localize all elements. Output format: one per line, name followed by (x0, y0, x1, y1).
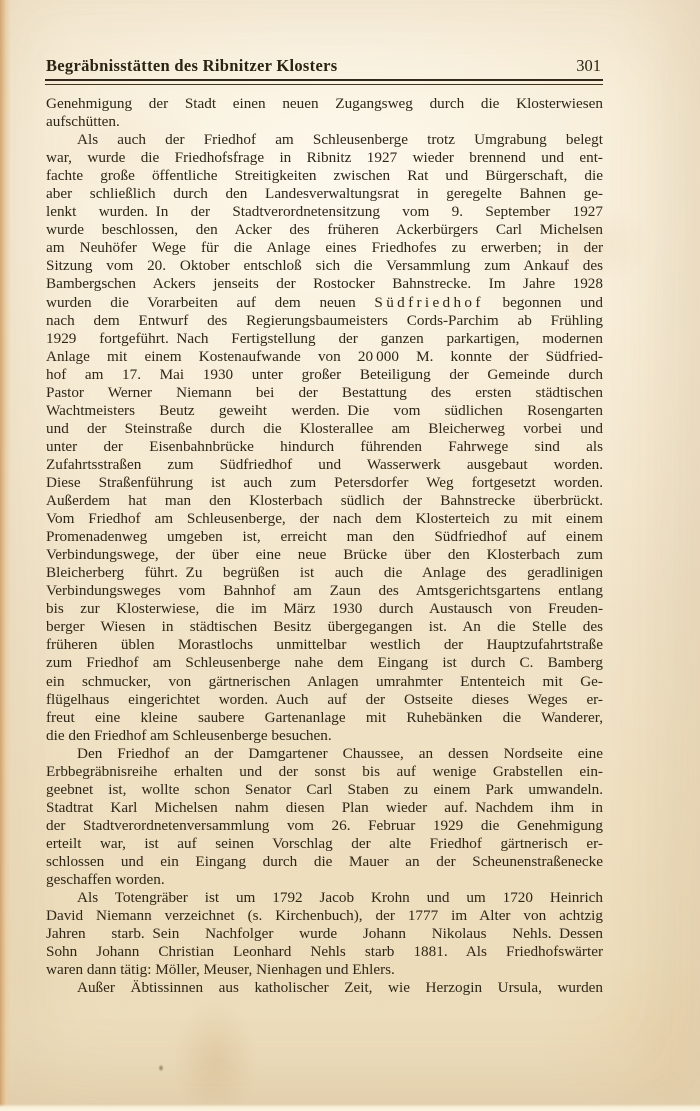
paragraph: Genehmigung der Stadt einen neuen Zugang… (46, 95, 603, 131)
text-line: berger Wiesen in städtischen Besitz über… (46, 618, 603, 636)
text-line: Sitzung vom 20. Oktober entschloß sich d… (46, 257, 603, 275)
text-segment: wurden die Vorarbeiten auf dem neuen (46, 294, 374, 311)
text-line: Promenadenweg umgeben ist, erreicht man … (46, 528, 603, 546)
text-line: hof am 17. Mai 1930 unter großer Beteili… (46, 366, 603, 384)
text-column: Genehmigung der Stadt einen neuen Zugang… (46, 95, 603, 997)
text-line: Verbindungsweges vom Bahnhof am Zaun des… (46, 582, 603, 600)
text-line: Verbindungswege, der über eine neue Brüc… (46, 546, 603, 564)
text-line: wurden die Vorarbeiten auf dem neuen Süd… (46, 294, 603, 312)
paragraph: Außer Äbtissinnen aus katholischer Zeit,… (46, 979, 603, 997)
text-line: Jahren starb. Sein Nachfolger wurde Joha… (46, 925, 603, 943)
text-line: unter der Eisenbahnbrücke hindurch führe… (46, 438, 603, 456)
text-line: David Niemann verzeichnet (s. Kirchenbuc… (46, 907, 603, 925)
page-number: 301 (576, 56, 601, 76)
book-page-scan: Begräbnisstätten des Ribnitzer Klosters … (0, 0, 700, 1111)
text-line: aufschütten. (46, 113, 603, 131)
text-line: der Stadtverordnetenversammlung vom 26. … (46, 817, 603, 835)
text-line: die den Friedhof am Schleusenberge besuc… (46, 727, 603, 745)
text-line: fachte große öffentliche Streitigkeiten … (46, 167, 603, 185)
text-line: bis zur Klosterwiese, die im März 1930 d… (46, 600, 603, 618)
text-line: Diese Straßenführung ist auch zum Peters… (46, 474, 603, 492)
paragraph: Den Friedhof an der Damgartener Chaussee… (46, 745, 603, 889)
text-line: waren dann tätig: Möller, Meuser, Nienha… (46, 961, 603, 979)
text-line: geebnet ist, wollte schon Senator Carl S… (46, 781, 603, 799)
text-line: flügelhaus eingerichtet worden. Auch auf… (46, 691, 603, 709)
text-line: Zufahrtsstraßen zum Südfriedhof und Wass… (46, 456, 603, 474)
text-line: aber schließlich durch den Landesverwalt… (46, 185, 603, 203)
text-line: Bleicherberg führt. Zu begrüßen ist auch… (46, 564, 603, 582)
running-header-title: Begräbnisstätten des Ribnitzer Klosters (46, 56, 337, 76)
text-line: Sohn Johann Christian Leonhard Nehls sta… (46, 943, 603, 961)
text-line: Den Friedhof an der Damgartener Chaussee… (46, 745, 603, 763)
text-line: früheren üblen Morastlochs unmittelbar w… (46, 636, 603, 654)
text-line: Außerdem hat man den Klosterbach südlich… (46, 492, 603, 510)
text-line: Erbbegräbnisreihe erhalten und der sonst… (46, 763, 603, 781)
text-line: lenkt wurden. In der Stadtverordnetensit… (46, 203, 603, 221)
paragraph: Als Totengräber ist um 1792 Jacob Krohn … (46, 889, 603, 979)
text-line: Als auch der Friedhof am Schleusenberge … (46, 131, 603, 149)
text-line: geschaffen worden. (46, 871, 603, 889)
paragraph: Als auch der Friedhof am Schleusenberge … (46, 131, 603, 745)
text-line: Anlage mit einem Kostenaufwande von 20 0… (46, 348, 603, 366)
text-line: ein schmucker, von gärtnerischen Anlagen… (46, 673, 603, 691)
text-line: und der Steinstraße durch die Klosterall… (46, 420, 603, 438)
text-line: nach dem Entwurf des Regierungsbaumeiste… (46, 312, 603, 330)
page-left-edge (0, 0, 11, 1111)
text-segment: begonnen und (484, 294, 603, 311)
text-line: Vom Friedhof am Schleusenberge, der nach… (46, 510, 603, 528)
text-line: Außer Äbtissinnen aus katholischer Zeit,… (46, 979, 603, 997)
text-line: am Neuhöfer Wege für die Anlage eines Fr… (46, 239, 603, 257)
text-line: zum Friedhof am Schleusenberge nahe dem … (46, 654, 603, 672)
text-line: erteilt war, ist auf seinen Vorschlag de… (46, 835, 603, 853)
text-line: Wachtmeisters Beutz geweiht werden. Die … (46, 402, 603, 420)
text-line: schlossen und ein Eingang durch die Maue… (46, 853, 603, 871)
text-line: Stadtrat Karl Michelsen nahm diesen Plan… (46, 799, 603, 817)
text-line: Als Totengräber ist um 1792 Jacob Krohn … (46, 889, 603, 907)
text-line: freut eine kleine saubere Gartenanlage m… (46, 709, 603, 727)
text-line: war, wurde die Friedhofsfrage in Ribnitz… (46, 149, 603, 167)
page-bottom-edge (0, 1104, 700, 1111)
text-line: 1929 fortgeführt. Nach Fertigstellung de… (46, 330, 603, 348)
letterspaced-word: Südfriedhof (374, 294, 483, 311)
header-double-rule (45, 79, 603, 85)
text-line: Pastor Werner Niemann bei der Bestattung… (46, 384, 603, 402)
screenshot-root: { "header": { "title": "Begräbnisstätten… (0, 0, 700, 1111)
text-line: Genehmigung der Stadt einen neuen Zugang… (46, 95, 603, 113)
text-line: Bambergschen Ackers jenseits der Rostock… (46, 275, 603, 293)
text-line: wurde beschlossen, den Acker des frühere… (46, 221, 603, 239)
